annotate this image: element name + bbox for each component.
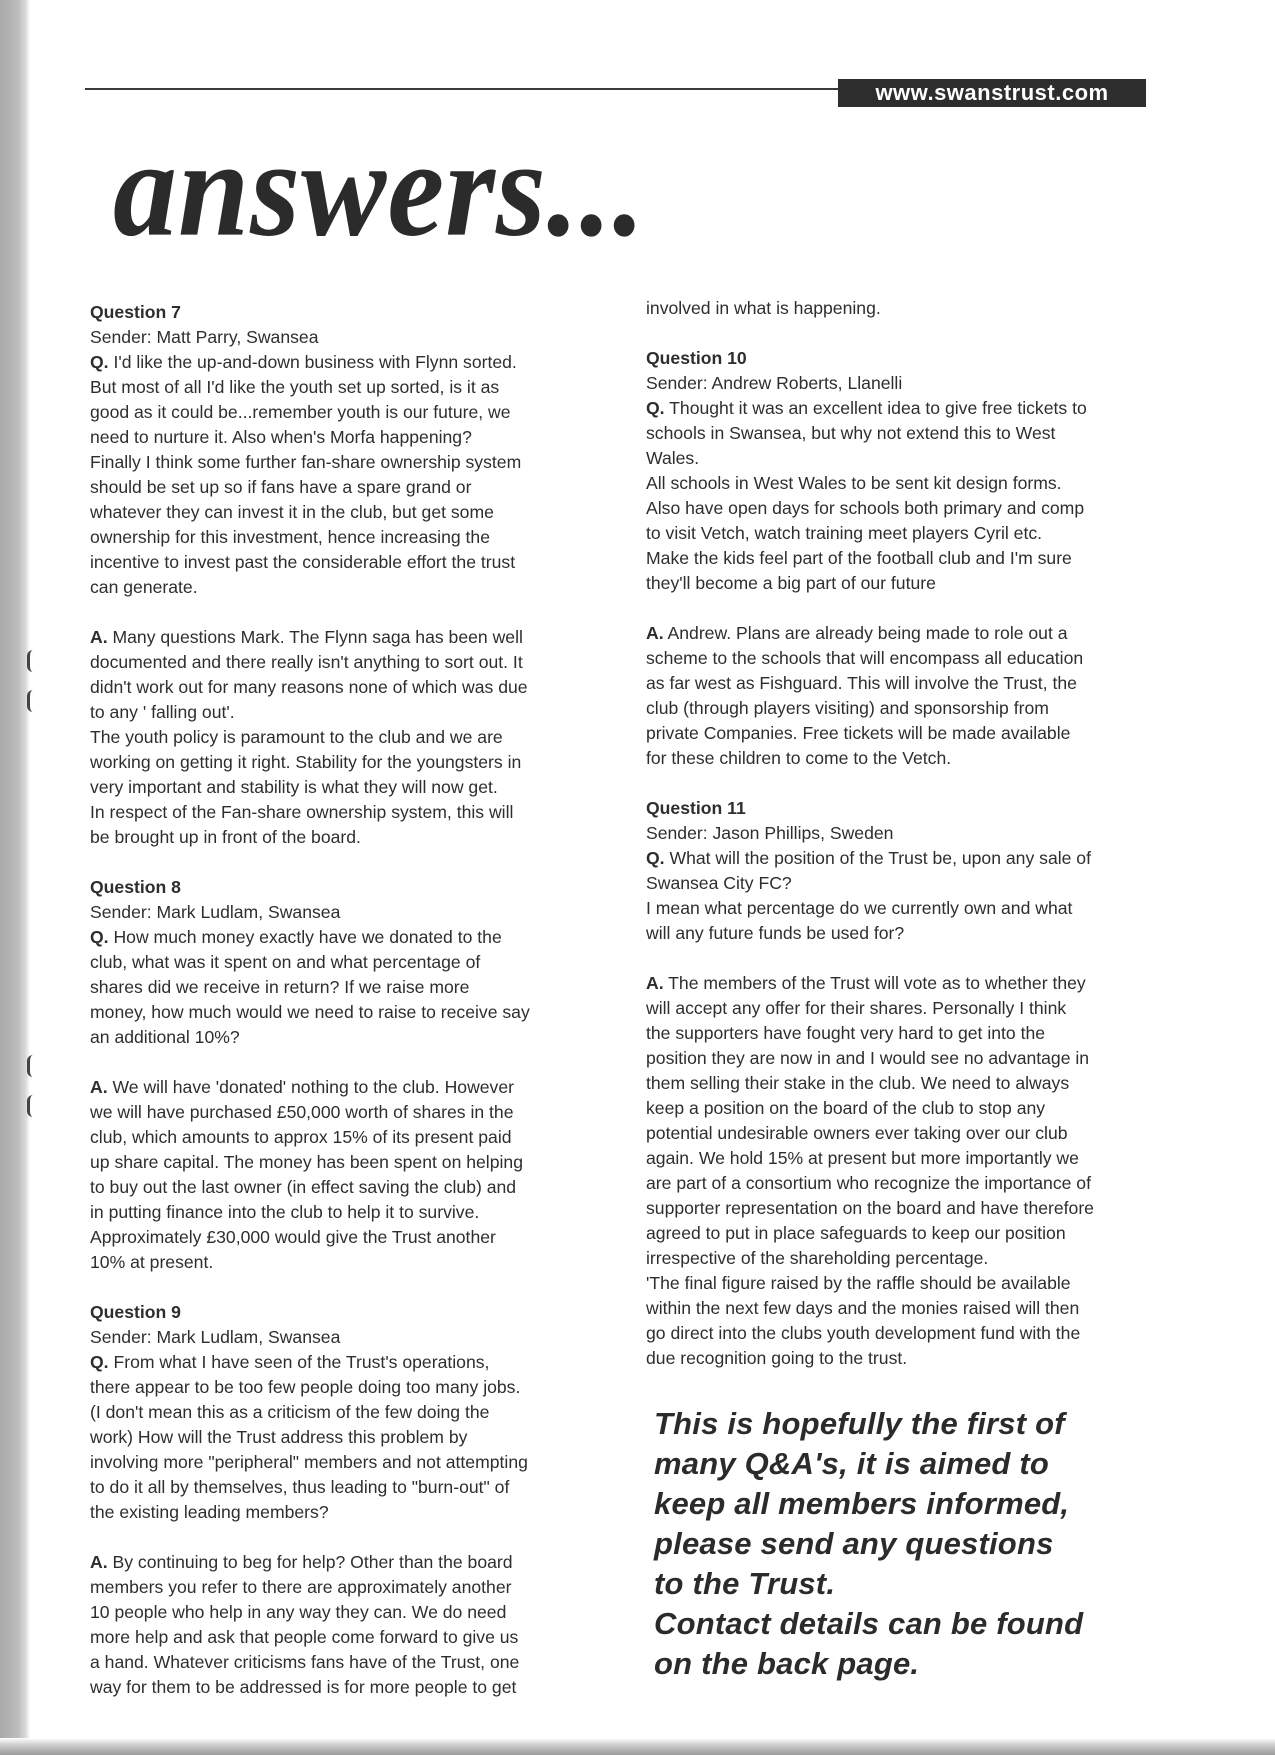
question-sender: Sender: Matt Parry, Swansea — [90, 325, 630, 350]
question-title: Question 7 — [90, 300, 630, 325]
answer-text: A. By continuing to beg for help? Other … — [90, 1550, 630, 1700]
question-sender: Sender: Andrew Roberts, Llanelli — [646, 371, 1186, 396]
a-label: A. — [90, 1552, 108, 1572]
question-11-block: Question 11 Sender: Jason Phillips, Swed… — [646, 796, 1186, 1371]
question-title: Question 9 — [90, 1300, 630, 1325]
a-label: A. — [90, 627, 108, 647]
question-title: Question 10 — [646, 346, 1186, 371]
q-label: Q. — [646, 398, 665, 418]
q-label: Q. — [90, 352, 109, 372]
staple-mark — [27, 1095, 36, 1117]
answer-text: A. We will have 'donated' nothing to the… — [90, 1075, 630, 1275]
continued-answer-text: involved in what is happening. — [646, 296, 1186, 321]
page-bottom-edge — [0, 1738, 1275, 1755]
a-label: A. — [90, 1077, 108, 1097]
question-sender: Sender: Jason Phillips, Sweden — [646, 821, 1186, 846]
q-label: Q. — [90, 927, 109, 947]
q-label: Q. — [646, 848, 665, 868]
staple-mark — [27, 690, 36, 712]
question-text: Q. What will the position of the Trust b… — [646, 846, 1186, 946]
question-sender: Sender: Mark Ludlam, Swansea — [90, 900, 630, 925]
q-label: Q. — [90, 1352, 109, 1372]
question-10-block: Question 10 Sender: Andrew Roberts, Llan… — [646, 346, 1186, 771]
left-column: Question 7 Sender: Matt Parry, Swansea Q… — [90, 300, 630, 1700]
a-label: A. — [646, 623, 664, 643]
header-rule — [85, 88, 840, 90]
question-text: Q. Thought it was an excellent idea to g… — [646, 396, 1186, 596]
website-url-badge: www.swanstrust.com — [838, 79, 1146, 107]
question-title: Question 11 — [646, 796, 1186, 821]
question-text: Q. I'd like the up-and-down business wit… — [90, 350, 630, 600]
question-7-block: Question 7 Sender: Matt Parry, Swansea Q… — [90, 300, 630, 850]
page-title: answers... — [113, 118, 646, 258]
question-9-block: Question 9 Sender: Mark Ludlam, Swansea … — [90, 1300, 630, 1700]
question-text: Q. How much money exactly have we donate… — [90, 925, 630, 1050]
staple-mark — [27, 1055, 36, 1077]
closing-callout: This is hopefully the first of many Q&A'… — [654, 1404, 1214, 1684]
staple-mark — [27, 650, 36, 672]
right-column: involved in what is happening. Question … — [646, 296, 1186, 1371]
answer-text: A. The members of the Trust will vote as… — [646, 971, 1186, 1371]
question-title: Question 8 — [90, 875, 630, 900]
question-8-block: Question 8 Sender: Mark Ludlam, Swansea … — [90, 875, 630, 1275]
page-binding-shadow — [0, 0, 30, 1755]
answer-text: A. Andrew. Plans are already being made … — [646, 621, 1186, 771]
question-sender: Sender: Mark Ludlam, Swansea — [90, 1325, 630, 1350]
a-label: A. — [646, 973, 664, 993]
question-text: Q. From what I have seen of the Trust's … — [90, 1350, 630, 1525]
answer-text: A. Many questions Mark. The Flynn saga h… — [90, 625, 630, 850]
